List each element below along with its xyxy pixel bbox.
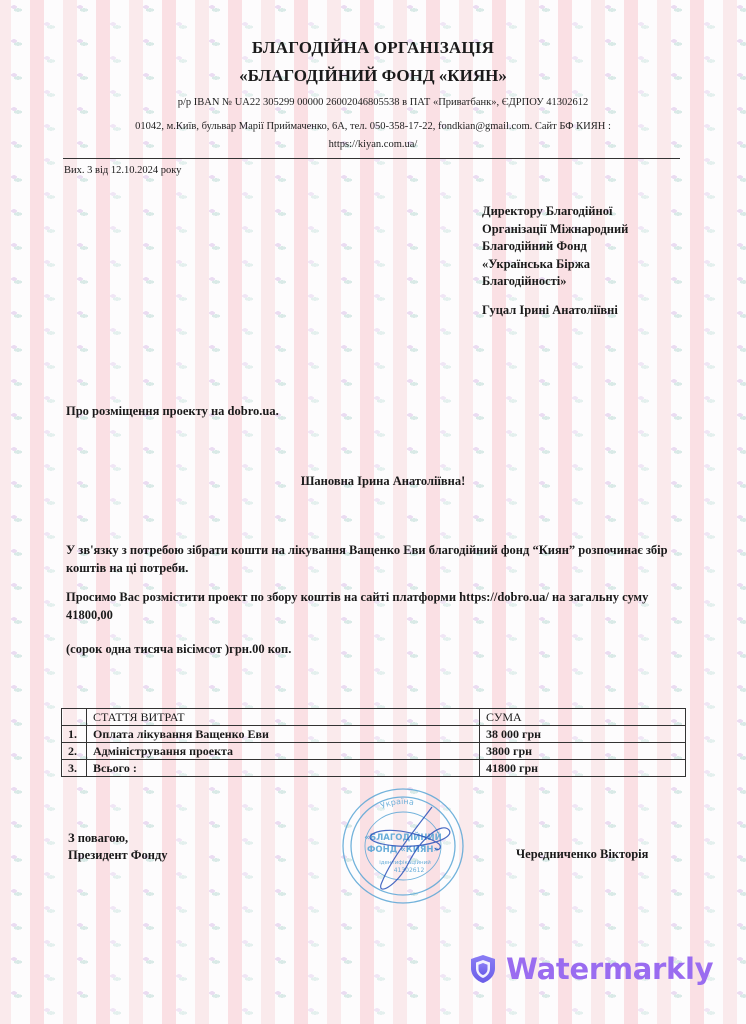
header-cell-num [62, 709, 87, 726]
letterhead-divider [63, 158, 680, 159]
row-item: Оплата лікування Ващенко Еви [87, 726, 480, 743]
salutation: Шановна Ірина Анатоліївна! [0, 474, 746, 489]
row-amount: 38 000 грн [480, 726, 686, 743]
watermarkly-overlay: Watermarkly [468, 952, 713, 986]
row-num: 1. [62, 726, 87, 743]
table-header-row: СТАТТЯ ВИТРАТ СУМА [62, 709, 686, 726]
address-line: 01042, м.Київ, бульвар Марії Приймаченко… [0, 121, 746, 132]
header-cell-item: СТАТТЯ ВИТРАТ [87, 709, 480, 726]
addressee-line: «Українська Біржа [482, 256, 682, 274]
stamp-id-code: 41302612 [394, 867, 425, 874]
table-row: 2. Адміністрування проекта 3800 грн [62, 743, 686, 760]
closing-block: З повагою, Президент Фонду [68, 830, 168, 864]
svg-text:Україна: Україна [379, 797, 414, 811]
table-row: 3. Всього : 41800 грн [62, 760, 686, 777]
row-item: Всього : [87, 760, 480, 777]
org-type-heading: БЛАГОДІЙНА ОРГАНІЗАЦІЯ [0, 38, 746, 58]
table-row: 1. Оплата лікування Ващенко Еви 38 000 г… [62, 726, 686, 743]
row-item: Адміністрування проекта [87, 743, 480, 760]
header-cell-amount: СУМА [480, 709, 686, 726]
body-paragraph-1: У зв'язку з потребою зібрати кошти на лі… [66, 541, 686, 577]
bank-details: р/р IBAN № UA22 305299 00000 26002046805… [0, 97, 746, 108]
website-link: https://kiyan.com.ua/ [0, 139, 746, 150]
signer-title: Президент Фонду [68, 847, 168, 864]
shield-icon [468, 953, 498, 985]
addressee-line: Директору Благодійної [482, 203, 682, 221]
watermarkly-label: Watermarkly [506, 952, 713, 986]
letter-page: БЛАГОДІЙНА ОРГАНІЗАЦІЯ «БЛАГОДІЙНИЙ ФОНД… [0, 0, 746, 1024]
expenses-table: СТАТТЯ ВИТРАТ СУМА 1. Оплата лікування В… [61, 708, 686, 777]
addressee-line: Організації Міжнародний [482, 221, 682, 239]
addressee-line: Благодійний Фонд [482, 238, 682, 256]
org-name-heading: «БЛАГОДІЙНИЙ ФОНД «КИЯН» [0, 66, 746, 86]
stamp-top-text: Україна [379, 797, 414, 811]
addressee-name: Гуцал Ірині Анатоліївні [482, 303, 618, 318]
addressee-block: Директору Благодійної Організації Міжнар… [482, 203, 682, 291]
stamp-id-label: ідентифікаційний [379, 859, 431, 866]
body-paragraph-2: Просимо Вас розмістити проект по збору к… [66, 588, 686, 624]
signer-name: Чередниченко Вікторія [516, 847, 648, 862]
body-paragraph-3: (сорок одна тисяча вісімсот )грн.00 коп. [66, 640, 686, 658]
row-amount: 3800 грн [480, 743, 686, 760]
letter-subject: Про розміщення проекту на dobro.ua. [66, 404, 279, 419]
official-stamp-icon: Україна «БЛАГОДІЙНИЙ ФОНД «КИЯН» ідентиф… [337, 782, 467, 906]
addressee-line: Благодійності» [482, 273, 682, 291]
row-amount: 41800 грн [480, 760, 686, 777]
outgoing-reference: Вих. 3 від 12.10.2024 року [64, 165, 181, 176]
row-num: 3. [62, 760, 87, 777]
regards-text: З повагою, [68, 830, 168, 847]
row-num: 2. [62, 743, 87, 760]
